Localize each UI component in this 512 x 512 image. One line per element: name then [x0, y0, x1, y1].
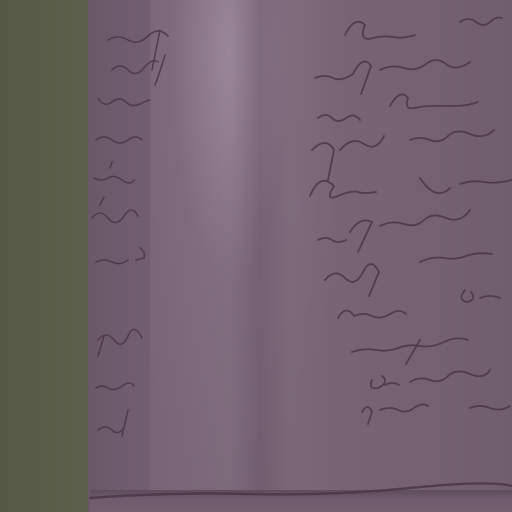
manuscript-photo: Purple-tinted aged paper with illegible …	[0, 0, 512, 512]
handwriting-strokes	[0, 0, 512, 512]
margin-handwriting	[92, 30, 168, 436]
main-handwriting	[90, 18, 512, 499]
